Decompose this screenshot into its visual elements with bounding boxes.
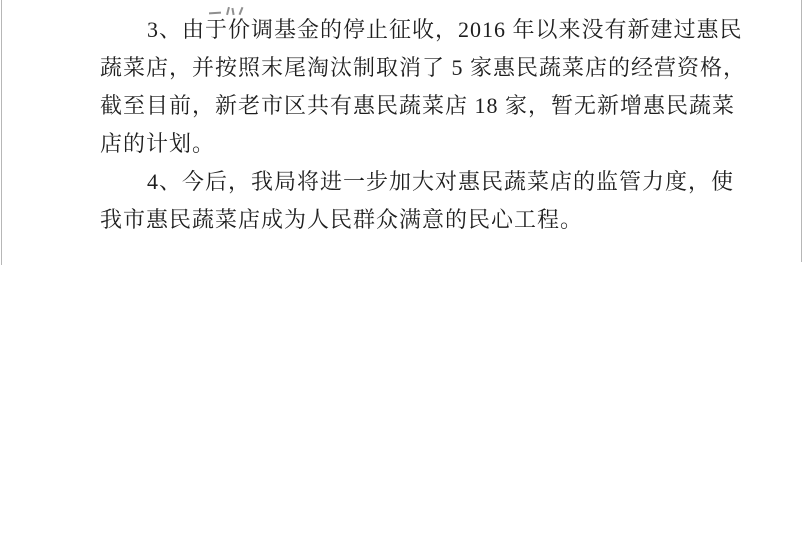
document-body: 3、由于价调基金的停止征收，2016 年以来没有新建过惠民 蔬菜店，并按照末尾淘… <box>100 11 710 239</box>
text-line: 4、今后，我局将进一步加大对惠民蔬菜店的监管力度，使 <box>100 163 710 201</box>
paragraph-item-4: 4、今后，我局将进一步加大对惠民蔬菜店的监管力度，使 我市惠民蔬菜店成为人民群众… <box>100 163 710 239</box>
text-line: 截至目前，新老市区共有惠民蔬菜店 18 家，暂无新增惠民蔬菜 <box>100 87 710 125</box>
text-line: 我市惠民蔬菜店成为人民群众满意的民心工程。 <box>100 201 710 239</box>
scan-edge-left <box>1 0 2 265</box>
paragraph-item-3: 3、由于价调基金的停止征收，2016 年以来没有新建过惠民 蔬菜店，并按照末尾淘… <box>100 11 710 163</box>
text-line: 3、由于价调基金的停止征收，2016 年以来没有新建过惠民 <box>100 11 710 49</box>
text-line: 店的计划。 <box>100 125 710 163</box>
document-page: 3、由于价调基金的停止征收，2016 年以来没有新建过惠民 蔬菜店，并按照末尾淘… <box>0 0 804 540</box>
scan-edge-right <box>801 0 802 262</box>
text-line: 蔬菜店，并按照末尾淘汰制取消了 5 家惠民蔬菜店的经营资格， <box>100 49 710 87</box>
